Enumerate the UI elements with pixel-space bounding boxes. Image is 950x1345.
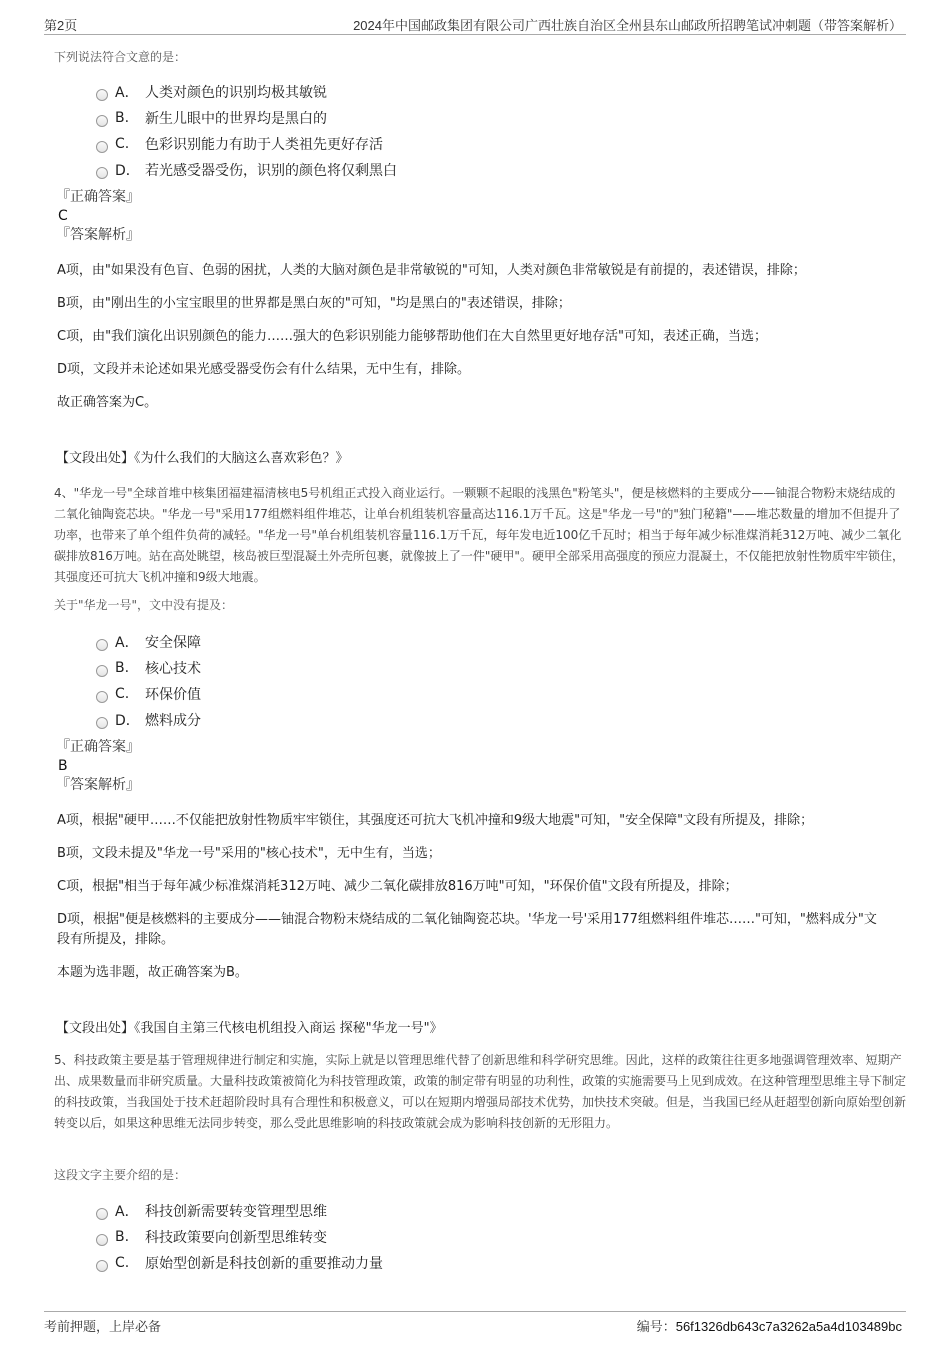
radio-icon[interactable] [96,89,108,101]
final-answer: 故正确答案为C。 [57,393,906,413]
analysis-c: C项，由"我们演化出识别颜色的能力……强大的色彩识别能力能够帮助他们在大自然里更… [57,327,906,347]
correct-answer-label: 『正确答案』 [56,737,906,757]
passage-source: 【文段出处】《为什么我们的大脑这么喜欢彩色？》 [56,447,906,466]
analysis-a: A项，由"如果没有色盲、色弱的困扰，人类的大脑对颜色是非常敏锐的"可知，人类对颜… [57,261,906,281]
analysis-c: C项，根据"相当于每年减少标准煤消耗312万吨、减少二氧化碳排放816万吨"可知… [57,877,880,897]
analysis-label: 『答案解析』 [56,775,906,795]
option-b[interactable]: B. 新生儿眼中的世界均是黑白的 [96,105,397,131]
question-passage: 5、科技政策主要是基于管理规律进行制定和实施，实际上就是以管理思维代替了创新思维… [54,1050,906,1134]
passage-source: 【文段出处】《我国自主第三代核电机组投入商运 探秘"华龙一号"》 [56,1017,906,1036]
radio-icon[interactable] [96,717,108,729]
correct-answer: C [58,207,906,225]
option-a[interactable]: A． 安全保障 [96,629,201,655]
analysis-label: 『答案解析』 [56,225,906,245]
answer-section: 『正确答案』 B 『答案解析』 [56,737,906,795]
option-list: A． 安全保障 B. 核心技术 C. 环保价值 D． 燃料成分 [96,629,201,733]
analysis-d: D项，根据"便是核燃料的主要成分——铀混合物粉末烧结成的二氧化铀陶瓷芯块。'华龙… [57,910,880,950]
document-code: 编号：56f1326db643c7a3262a5a4d103489bc [637,1316,902,1335]
radio-icon[interactable] [96,665,108,677]
option-c[interactable]: C. 色彩识别能力有助于人类祖先更好存活 [96,131,397,157]
correct-answer-label: 『正确答案』 [56,187,906,207]
radio-icon[interactable] [96,167,108,179]
page-number: 第2页 [44,15,77,34]
page-header: 第2页 2024年中国邮政集团有限公司广西壮族自治区全州县东山邮政所招聘笔试冲刺… [44,14,906,35]
option-d[interactable]: D． 燃料成分 [96,707,201,733]
option-c[interactable]: C. 环保价值 [96,681,201,707]
question-passage: 4、"华龙一号"全球首堆中核集团福建福清核电5号机组正式投入商业运行。一颗颗不起… [54,483,906,588]
option-a[interactable]: A． 人类对颜色的识别均极其敏锐 [96,79,397,105]
page-footer: 考前押题，上岸必备 编号：56f1326db643c7a3262a5a4d103… [44,1311,906,1334]
radio-icon[interactable] [96,141,108,153]
analysis-b: B项，文段未提及"华龙一号"采用的"核心技术"，无中生有，当选； [57,844,880,864]
option-b[interactable]: B. 核心技术 [96,655,201,681]
radio-icon[interactable] [96,691,108,703]
radio-icon[interactable] [96,115,108,127]
option-list: A． 人类对颜色的识别均极其敏锐 B. 新生儿眼中的世界均是黑白的 C. 色彩识… [96,79,397,183]
analysis-d: D项，文段并未论述如果光感受器受伤会有什么结果，无中生有，排除。 [57,360,906,380]
radio-icon[interactable] [96,1208,108,1220]
footer-slogan: 考前押题，上岸必备 [44,1316,161,1335]
option-list: A． 科技创新需要转变管理型思维 B. 科技政策要向创新型思维转变 C. 原始型… [96,1198,383,1276]
question-stem: 下列说法符合文意的是： [54,48,906,66]
analysis-a: A项，根据"硬甲……不仅能把放射性物质牢牢锁住，其强度还可抗大飞机冲撞和9级大地… [57,811,880,831]
answer-section: 『正确答案』 C 『答案解析』 [56,187,906,245]
analysis-text: A项，由"如果没有色盲、色弱的困扰，人类的大脑对颜色是非常敏锐的"可知，人类对颜… [57,261,906,413]
radio-icon[interactable] [96,639,108,651]
radio-icon[interactable] [96,1234,108,1246]
document-title: 2024年中国邮政集团有限公司广西壮族自治区全州县东山邮政所招聘笔试冲刺题（带答… [353,15,902,34]
correct-answer: B [58,757,906,775]
option-c[interactable]: C. 原始型创新是科技创新的重要推动力量 [96,1250,383,1276]
question-stem: 这段文字主要介绍的是： [54,1166,906,1184]
option-d[interactable]: D． 若光感受器受伤，识别的颜色将仅剩黑白 [96,157,397,183]
final-answer: 本题为选非题，故正确答案为B。 [57,963,880,983]
option-b[interactable]: B. 科技政策要向创新型思维转变 [96,1224,383,1250]
question-stem: 关于"华龙一号"，文中没有提及： [54,596,906,614]
radio-icon[interactable] [96,1260,108,1272]
option-a[interactable]: A． 科技创新需要转变管理型思维 [96,1198,383,1224]
analysis-b: B项，由"刚出生的小宝宝眼里的世界都是黑白灰的"可知，"均是黑白的"表述错误，排… [57,294,906,314]
analysis-text: A项，根据"硬甲……不仅能把放射性物质牢牢锁住，其强度还可抗大飞机冲撞和9级大地… [57,811,880,983]
